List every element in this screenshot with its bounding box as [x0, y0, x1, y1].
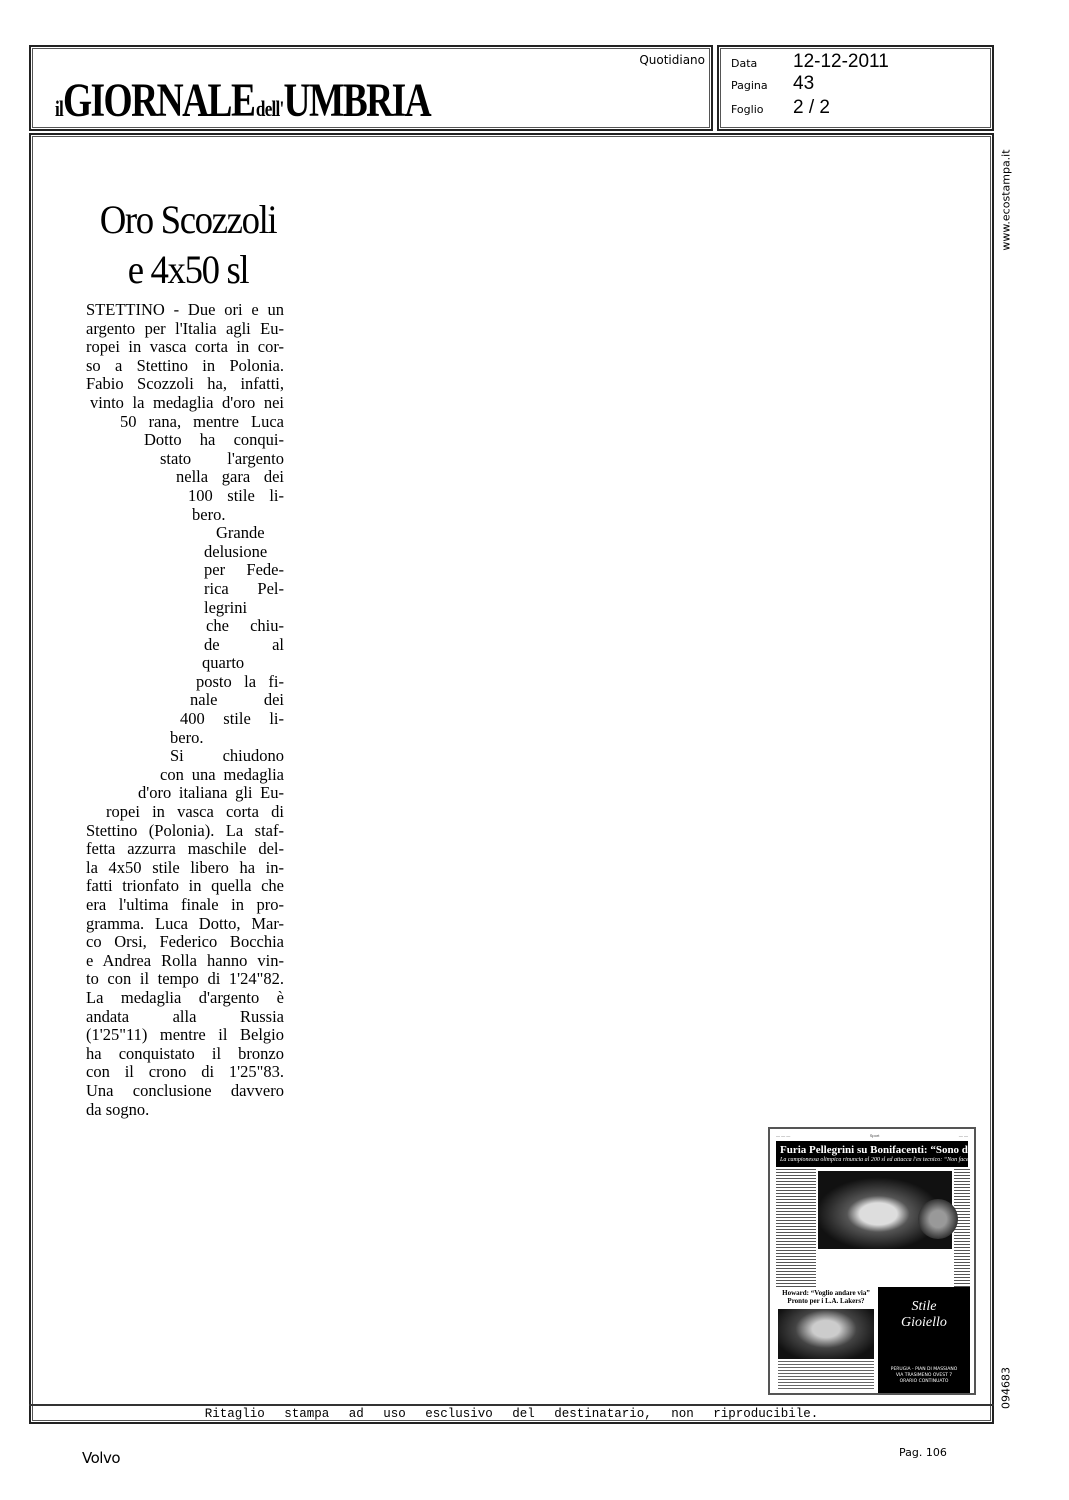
article-line: (1'25"11) mentre il Belgio: [86, 1026, 284, 1045]
thumbnail-header: Furia Pellegrini su Bonifacenti: “Sono d…: [776, 1141, 968, 1167]
article-line: Si chiudono: [86, 747, 284, 766]
thumbnail-text-column: [776, 1169, 816, 1287]
side-code: 094683: [996, 1365, 1016, 1410]
article-line: per Fede-: [86, 561, 284, 580]
article-line: ropei in vasca corta in cor-: [86, 338, 284, 357]
article-line: ropei in vasca corta di: [86, 803, 284, 822]
newspaper-logo: ilGIORNALE dell'UMBRIA: [55, 77, 430, 125]
ad-brand-1: Stile: [878, 1299, 970, 1315]
side-code-text: 094683: [1000, 1367, 1013, 1409]
thumb-topbar-right: — —: [959, 1133, 968, 1139]
masthead-box: ilGIORNALE dell'UMBRIA Quotidiano: [29, 45, 713, 131]
thumbnail-photo-portrait: [918, 1199, 958, 1239]
article-line: con il crono di 1'25"83.: [86, 1063, 284, 1082]
article-line: fatti trionfato in quella che: [86, 877, 284, 896]
article-line: era l'ultima finale in pro-: [86, 896, 284, 915]
thumbnail-text-block: [778, 1361, 874, 1391]
article-line: con una medaglia: [86, 766, 284, 785]
thumbnail-text-column: [954, 1169, 970, 1287]
article-body: STETTINO - Due ori e unargento per l'Ita…: [86, 301, 284, 1119]
article-line: Grande: [86, 524, 284, 543]
logo-giornale: GIORNALE: [63, 74, 254, 127]
article-line: delusione: [86, 543, 284, 562]
date-label: Data: [731, 57, 793, 70]
article-line: 400 stile li-: [86, 710, 284, 729]
thumbnail-subheadline: La campionessa olimpica rinuncia al 200 …: [780, 1157, 976, 1163]
page-label: Pagina: [731, 79, 793, 92]
article-headline: Oro Scozzoli e 4x50 sl: [78, 195, 299, 295]
logo-il: il: [55, 96, 63, 121]
article-line: la 4x50 stile libero ha in-: [86, 859, 284, 878]
side-url-text: www.ecostampa.it: [1000, 149, 1013, 250]
article-line: Dotto ha conqui-: [86, 431, 284, 450]
thumbnail-secondary-headline: Howard: “Voglio andare via” Pronto per i…: [776, 1289, 876, 1305]
article-line: gramma. Luca Dotto, Mar-: [86, 915, 284, 934]
thumbnail-photo-basketball: [778, 1309, 874, 1359]
article-line: 50 rana, mentre Luca: [86, 413, 284, 432]
thumbnail-advertisement: Stile Gioiello PERUGIA - PIAN DI MASSIAN…: [878, 1287, 970, 1393]
secondary-headline-2: Pronto per i L.A. Lakers?: [776, 1297, 876, 1305]
thumbnail-headline: Furia Pellegrini su Bonifacenti: “Sono d…: [780, 1144, 976, 1156]
article-line: rica Pel-: [86, 580, 284, 599]
article-line: argento per l'Italia agli Eu-: [86, 320, 284, 339]
secondary-headline-1: Howard: “Voglio andare via”: [776, 1289, 876, 1297]
article-line: bero.: [86, 506, 284, 525]
article-line: STETTINO - Due ori e un: [86, 301, 284, 320]
article-line: fetta azzurra maschile del-: [86, 840, 284, 859]
article-line: che chiu-: [86, 617, 284, 636]
article-line: Stettino (Polonia). La staf-: [86, 822, 284, 841]
page-thumbnail: — — —Sport— — Furia Pellegrini su Bonifa…: [768, 1127, 976, 1395]
article-line: posto la fi-: [86, 673, 284, 692]
article-line: La medaglia d'argento è: [86, 989, 284, 1008]
article-line: andata alla Russia: [86, 1008, 284, 1027]
page-row: Pagina 43: [731, 73, 814, 95]
page-value: 43: [793, 73, 814, 95]
article-line: d'oro italiana gli Eu-: [86, 784, 284, 803]
thumb-section: Sport: [870, 1133, 880, 1139]
article-line: bero.: [86, 729, 284, 748]
headline-line-1: Oro Scozzoli: [78, 195, 299, 245]
article-line: ha conquistato il bronzo: [86, 1045, 284, 1064]
article-line: stato l'argento: [86, 450, 284, 469]
logo-dell: dell': [256, 96, 284, 121]
article-line: da sogno.: [86, 1101, 284, 1120]
thumbnail-topbar: — — —Sport— —: [776, 1133, 968, 1139]
article-line: vinto la medaglia d'oro nei: [86, 394, 284, 413]
article-line: so a Stettino in Polonia.: [86, 357, 284, 376]
article-line: to con il tempo di 1'24"82.: [86, 970, 284, 989]
article-line: Una conclusione davvero: [86, 1082, 284, 1101]
date-value: 12-12-2011: [793, 51, 889, 73]
ad-brand-2: Gioiello: [878, 1315, 970, 1331]
sheet-label: Foglio: [731, 103, 793, 116]
article-line: 100 stile li-: [86, 487, 284, 506]
metadata-box: Data 12-12-2011 Pagina 43 Foglio 2 / 2: [717, 45, 994, 131]
page-number: Pag. 106: [899, 1446, 947, 1459]
article-line: legrini: [86, 599, 284, 618]
publication-type: Quotidiano: [639, 53, 705, 67]
article-line: quarto: [86, 654, 284, 673]
article-line: Fabio Scozzoli ha, infatti,: [86, 375, 284, 394]
client-name: Volvo: [82, 1449, 120, 1467]
sheet-value: 2 / 2: [793, 97, 830, 119]
headline-line-2: e 4x50 sl: [78, 245, 299, 295]
ad-address: PERUGIA - PIAN DI MASSIANO VIA TRASIMENO…: [878, 1367, 970, 1385]
logo-umbria: UMBRIA: [284, 74, 431, 127]
date-row: Data 12-12-2011: [731, 51, 889, 73]
article-line: nella gara dei: [86, 468, 284, 487]
ad-brand: Stile Gioiello: [878, 1299, 970, 1331]
side-url: www.ecostampa.it: [996, 145, 1016, 255]
ad-hours: ORARIO CONTINUATO: [878, 1379, 970, 1385]
disclaimer-bar: Ritaglio stampa ad uso esclusivo del des…: [29, 1404, 994, 1424]
thumb-topbar-left: — — —: [776, 1133, 790, 1139]
article-line: nale dei: [86, 691, 284, 710]
article-line: e Andrea Rolla hanno vin-: [86, 952, 284, 971]
sheet-row: Foglio 2 / 2: [731, 97, 830, 119]
article-line: de al: [86, 636, 284, 655]
article-line: co Orsi, Federico Bocchia: [86, 933, 284, 952]
